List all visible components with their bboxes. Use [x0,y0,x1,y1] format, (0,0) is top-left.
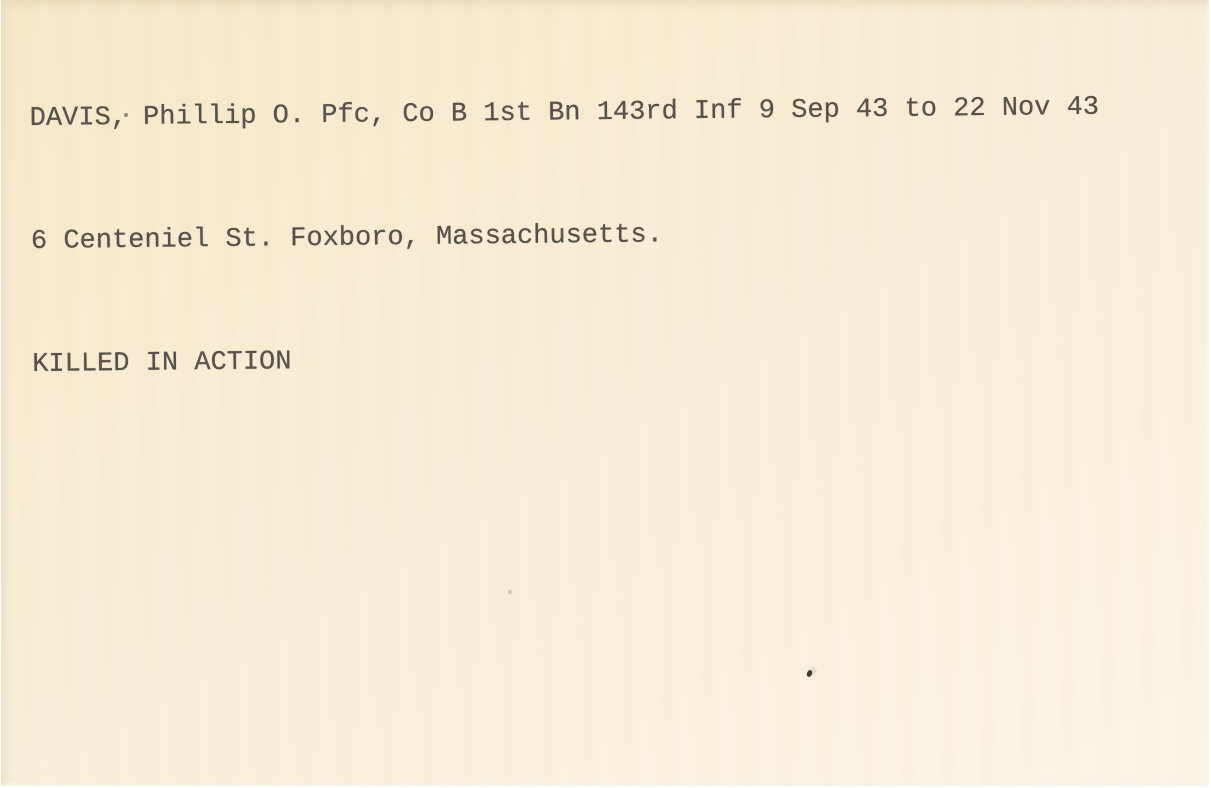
record-line-status: KILLED IN ACTION [32,334,1102,386]
record-line-address: 6 Centeniel St. Foxboro, Massachusetts. [31,211,1101,263]
ink-speck [806,669,814,678]
index-card: DAVIS, Phillip O. Pfc, Co B 1st Bn 143rd… [1,0,1209,786]
faint-paper-speck [508,590,512,594]
stray-ink-dot [124,113,128,117]
record-line-name-unit-dates: DAVIS, Phillip O. Pfc, Co B 1st Bn 143rd… [29,88,1099,140]
typewritten-text: DAVIS, Phillip O. Pfc, Co B 1st Bn 143rd… [29,6,1103,468]
